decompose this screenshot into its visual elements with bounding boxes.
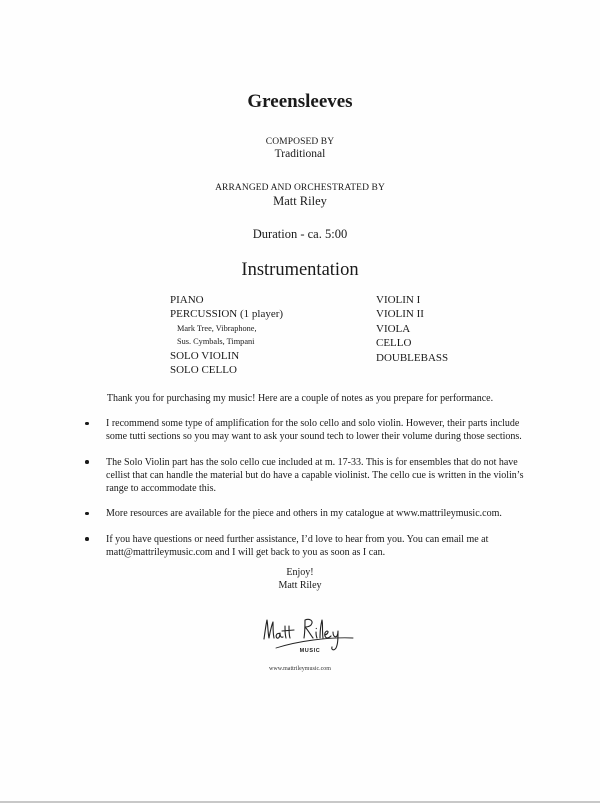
- signoff-text: Enjoy!: [0, 566, 600, 579]
- note-item: If you have questions or need further as…: [80, 533, 536, 559]
- instrument-item: SOLO VIOLIN: [170, 349, 283, 363]
- arranger-name: Matt Riley: [0, 194, 600, 209]
- signature-name: Matt Riley: [0, 579, 600, 592]
- instrument-list-right: VIOLIN I VIOLIN II VIOLA CELLO DOUBLEBAS…: [376, 293, 448, 365]
- bullet-icon: [85, 537, 89, 541]
- percussion-detail: Sus. Cymbals, Timpani: [170, 335, 283, 349]
- duration-text: Duration - ca. 5:00: [0, 227, 600, 242]
- instrument-item: VIOLIN I: [376, 293, 448, 307]
- composer-name: Traditional: [0, 148, 600, 161]
- note-item: More resources are available for the pie…: [80, 507, 536, 520]
- percussion-detail: Mark Tree, Vibraphone,: [170, 322, 283, 336]
- instrument-list-left: PIANO PERCUSSION (1 player) Mark Tree, V…: [170, 293, 283, 378]
- instrument-item: VIOLIN II: [376, 307, 448, 321]
- instrument-item: CELLO: [376, 336, 448, 350]
- instrument-item: PERCUSSION (1 player): [170, 307, 283, 321]
- note-text: If you have questions or need further as…: [106, 534, 488, 558]
- instrumentation-heading: Instrumentation: [0, 259, 600, 281]
- instrument-item: VIOLA: [376, 322, 448, 336]
- note-item: The Solo Violin part has the solo cello …: [80, 456, 536, 495]
- page-title: Greensleeves: [0, 91, 600, 113]
- arranged-by-label: ARRANGED AND ORCHESTRATED BY: [0, 183, 600, 194]
- bullet-icon: [85, 512, 89, 516]
- signoff: Enjoy! Matt Riley: [0, 566, 600, 592]
- instrument-item: DOUBLEBASS: [376, 351, 448, 365]
- note-text: I recommend some type of amplification f…: [106, 418, 522, 442]
- instrument-item: SOLO CELLO: [170, 363, 283, 377]
- logo-music-text: MUSIC: [300, 648, 321, 654]
- footer-url: www.mattrileymusic.com: [0, 665, 600, 673]
- composed-by-label: COMPOSED BY: [0, 137, 600, 148]
- note-item: I recommend some type of amplification f…: [80, 417, 536, 443]
- note-text: More resources are available for the pie…: [106, 508, 502, 519]
- note-text: The Solo Violin part has the solo cello …: [106, 457, 523, 494]
- matt-riley-music-logo: MUSIC: [258, 614, 358, 658]
- document-page: Greensleeves COMPOSED BY Traditional ARR…: [0, 0, 600, 802]
- intro-text: Thank you for purchasing my music! Here …: [0, 392, 600, 405]
- bullet-icon: [85, 460, 89, 464]
- instrument-item: PIANO: [170, 293, 283, 307]
- performance-notes: I recommend some type of amplification f…: [80, 417, 536, 571]
- bullet-icon: [85, 422, 89, 426]
